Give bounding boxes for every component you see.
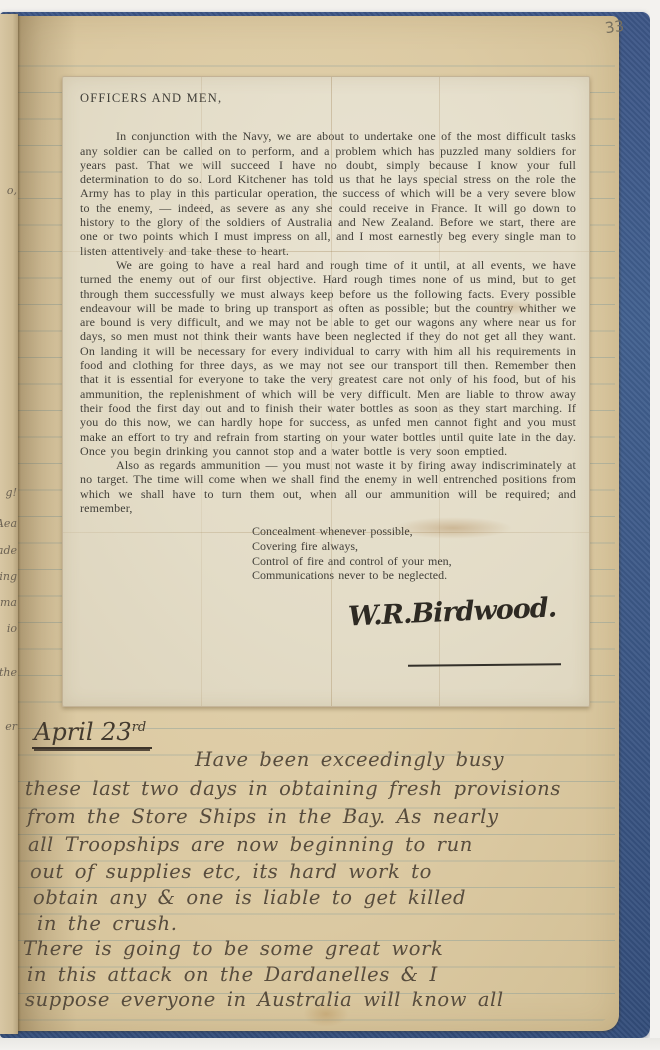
diary-line: in the crush. [37,912,178,935]
previous-page-edge: o, g! Aea ade ding ma io the er [0,14,18,1034]
gutter-fragment: ding [0,570,17,583]
photo-margin-bottom [0,1038,660,1050]
fold-crease [331,77,332,706]
diary-line: Have been exceedingly busy [195,748,504,771]
photo-margin-right [650,0,660,1050]
diary-line: There is going to be some great work [23,937,443,960]
signature-underline [408,663,561,667]
fold-crease [63,532,589,533]
gutter-fragment: o, [7,184,17,197]
maxim-line: Control of fire and control of your men, [252,554,576,569]
notice-maxims: Concealment whenever possible, Covering … [252,524,576,582]
notice-paragraph: In conjunction with the Navy, we are abo… [80,129,576,258]
entry-date-suffix: rd [132,720,147,735]
gutter-fragment: ade [0,544,17,557]
maxim-line: Communications never to be neglected. [252,568,576,583]
notice-salutation: OFFICERS AND MEN, [80,91,576,105]
notice-paragraph: Also as regards ammunition — you must no… [80,458,576,515]
page-number: 33 [604,17,625,37]
diary-line: all Troopships are now beginning to run [28,833,473,856]
gutter-fragment: ma [0,596,17,609]
maxim-line: Covering fire always, [252,539,576,554]
entry-date-main: April 23 [34,718,132,746]
diary-line: out of supplies etc, its hard work to [30,860,432,883]
birdwood-signature: W.R.Birdwood. [348,600,598,625]
diary-photo: 33 OFFICERS AND MEN, In conjunction with… [0,0,660,1050]
diary-line: these last two days in obtaining fresh p… [25,777,561,800]
fold-crease [63,251,589,252]
handwritten-entry: April 23rd Have been exceedingly busy th… [20,716,610,1016]
photo-margin-top [0,0,660,12]
entry-date: April 23rd [32,718,152,749]
printed-notice: OFFICERS AND MEN, In conjunction with th… [62,76,590,707]
notice-paragraph: We are going to have a real hard and rou… [80,258,576,458]
gutter-fragment: the [0,666,17,679]
fold-crease [201,77,202,706]
gutter-fragment: er [5,720,17,733]
gutter-fragment: Aea [0,517,17,530]
diary-line: suppose everyone in Australia will know … [25,988,504,1011]
diary-line: obtain any & one is liable to get killed [33,886,466,909]
diary-line: from the Store Ships in the Bay. As near… [27,805,499,828]
diary-line: in this attack on the Dardanelles & I [27,963,438,986]
gutter-fragment: g! [6,486,17,499]
gutter-fragment: io [7,622,17,635]
